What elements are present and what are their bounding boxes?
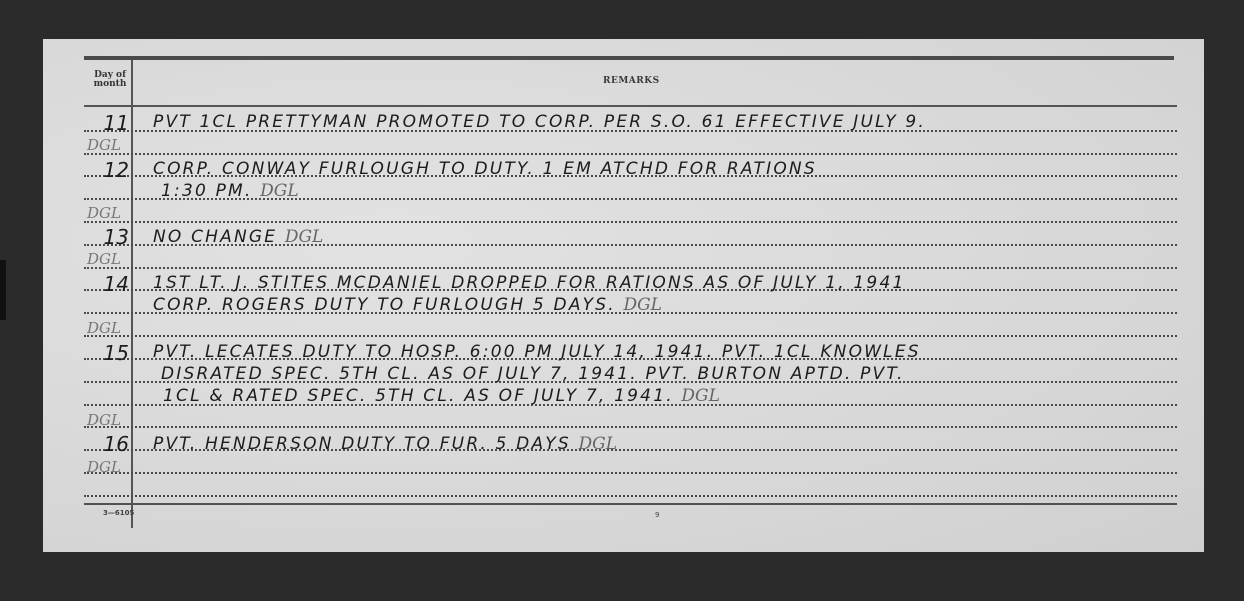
ruled-line: [84, 153, 1177, 155]
inline-initials: DGL: [681, 386, 720, 406]
day-number: 16: [91, 433, 129, 455]
inline-initials: DGL: [285, 227, 324, 247]
inline-initials: DGL: [578, 434, 617, 454]
remark-line: 1st Lt. J. Stites McDaniel Dropped For R…: [153, 273, 905, 293]
morning-report-card: Day of month REMARKS 11 Pvt 1cl Prettyma…: [43, 39, 1204, 552]
day-number: 12: [91, 159, 129, 181]
day-of-month-header: Day of month: [88, 71, 132, 89]
inline-initials: DGL: [623, 295, 662, 315]
ruled-line: [84, 221, 1177, 223]
remarks-header: REMARKS: [603, 76, 660, 86]
remark-line: Pvt. Henderson Duty to Fur. 5 Days DGL: [153, 434, 617, 454]
remark-line: Pvt. Lecates Duty to Hosp. 6:00 PM July …: [153, 342, 921, 362]
day-number: 13: [91, 226, 129, 248]
initials: DGL: [87, 459, 121, 475]
day-number: 15: [91, 342, 129, 364]
inline-initials: DGL: [260, 181, 299, 201]
remark-line: Disrated Spec. 5th Cl. As of July 7, 194…: [161, 364, 905, 384]
initials: DGL: [87, 205, 121, 221]
film-edge-mark: [0, 260, 6, 320]
initials: DGL: [87, 251, 121, 267]
bottom-rule: [84, 503, 1177, 505]
remark-line: 1cl & Rated Spec. 5th Cl. as of July 7, …: [163, 386, 720, 406]
ruled-line: [84, 426, 1177, 428]
initials: DGL: [87, 412, 121, 428]
ruled-line: [84, 472, 1177, 474]
page-number: 9: [655, 511, 659, 519]
top-rule: [84, 56, 1174, 60]
ruled-line: [84, 267, 1177, 269]
remark-line: Corp. Rogers Duty to Furlough 5 Days. DG…: [153, 295, 662, 315]
remark-line: 1:30 PM. DGL: [161, 181, 299, 201]
ruled-line: [84, 335, 1177, 337]
remark-line: No Change DGL: [153, 227, 323, 247]
day-number: 14: [91, 273, 129, 295]
ruled-line: [84, 495, 1177, 497]
initials: DGL: [87, 320, 121, 336]
form-number: 3—6105: [103, 509, 134, 517]
header-rule: [84, 105, 1177, 107]
initials: DGL: [87, 137, 121, 153]
remark-line: Pvt 1cl Prettyman Promoted to Corp. Per …: [153, 112, 926, 132]
day-number: 11: [91, 112, 129, 134]
remark-line: Corp. Conway Furlough to Duty. 1 EM Atch…: [153, 159, 817, 179]
